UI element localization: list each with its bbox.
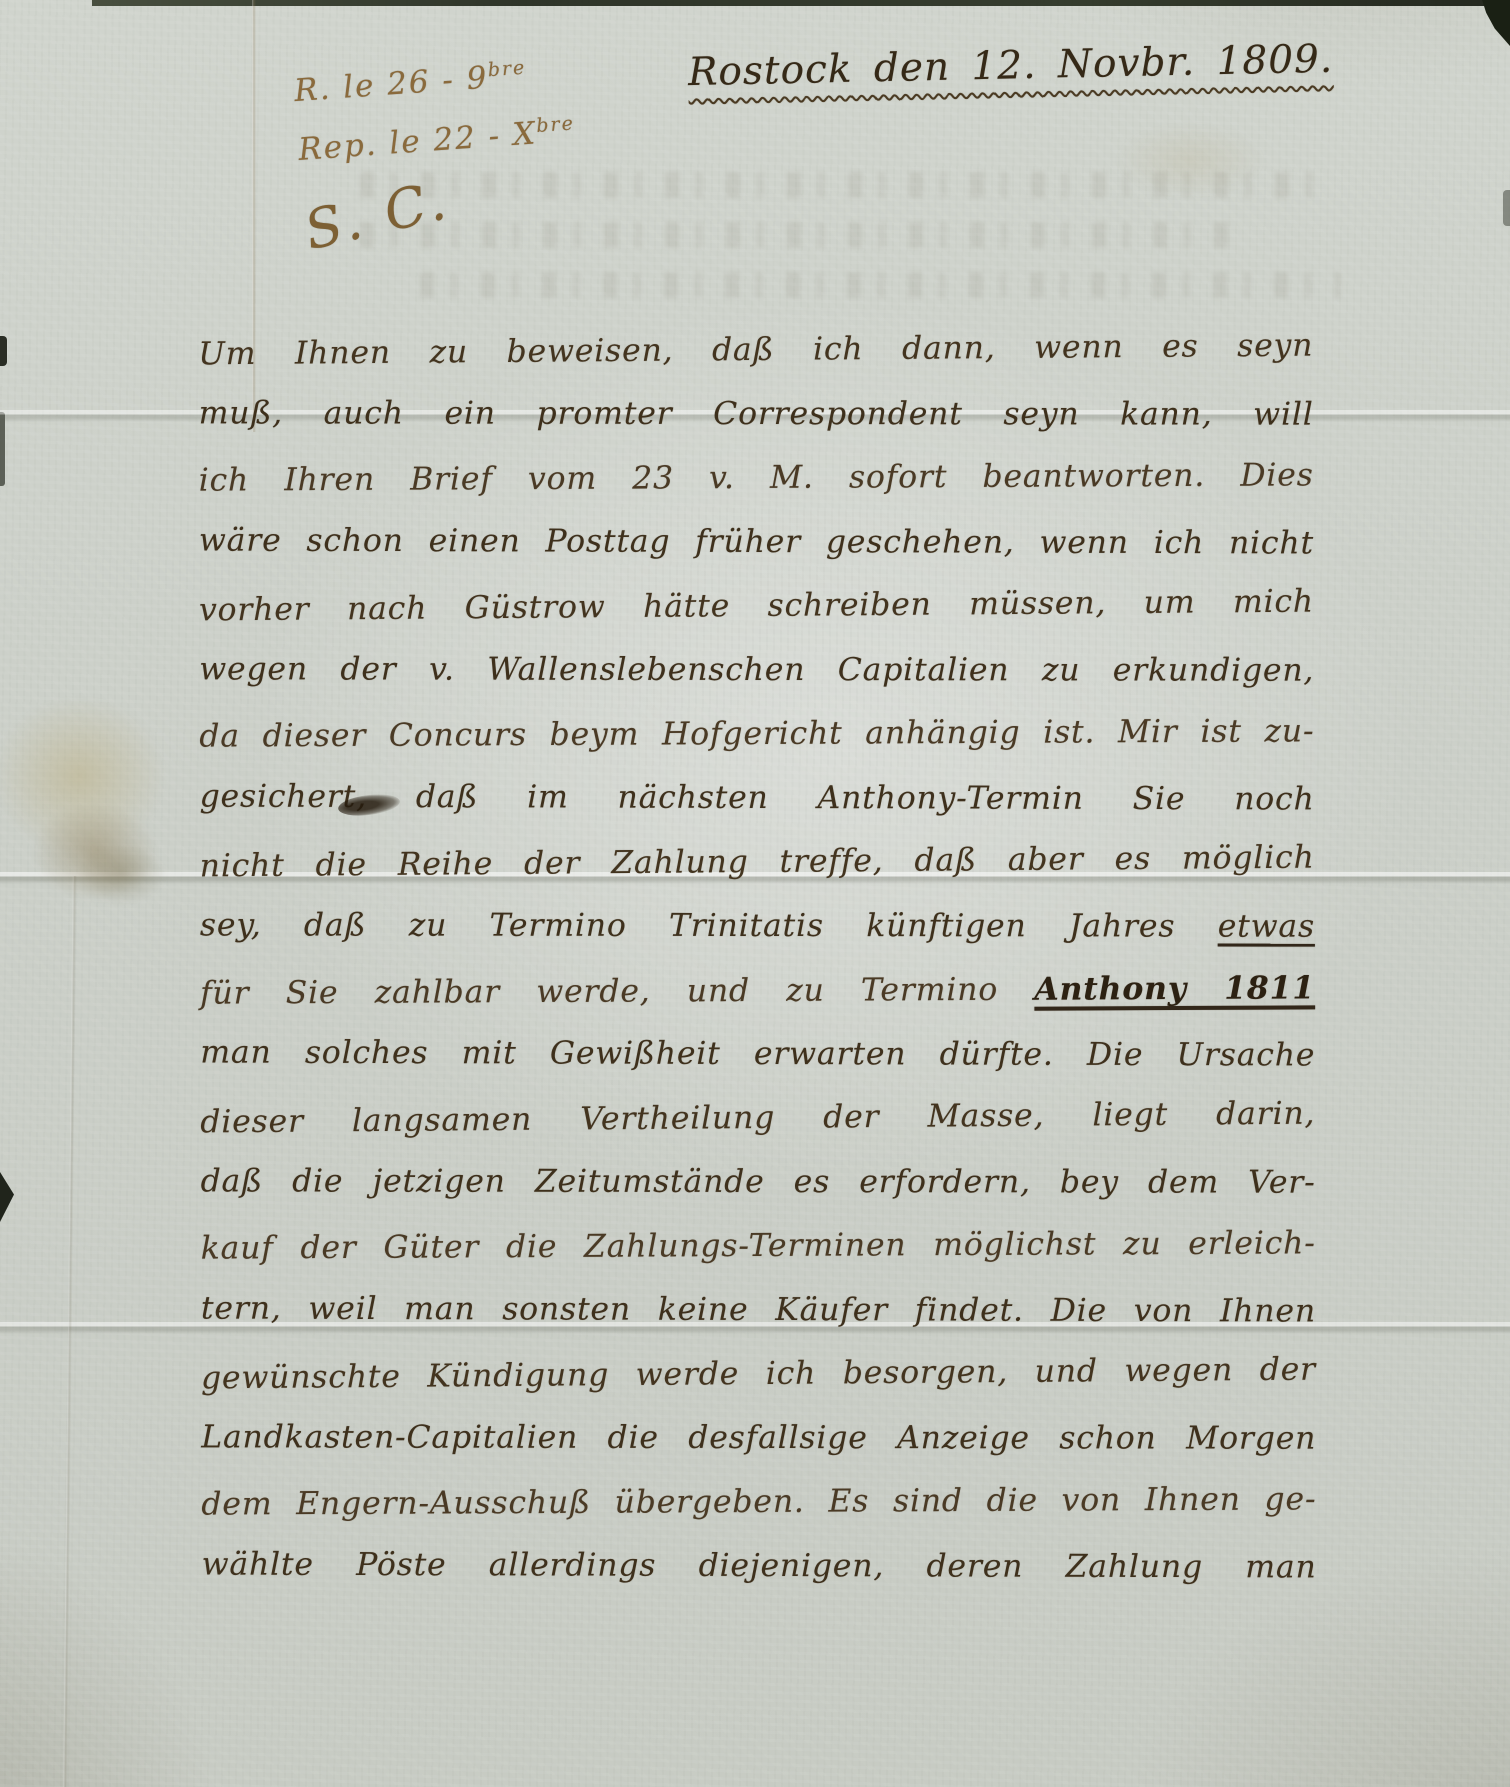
body-line-text: man solches mit Gewißheit erwarten dürft…: [200, 1035, 1315, 1074]
wax-seal-stain: [0, 650, 230, 930]
body-line-text: daß die jetzigen Zeitumstände es erforde…: [201, 1163, 1316, 1200]
body-line-text: wählte Pöste allerdings diejenigen, dere…: [202, 1547, 1317, 1586]
body-line-text: für Sie zahlbar werde, und zu Termino: [200, 972, 1034, 1012]
body-line: da dieser Concurs beym Hofgericht anhäng…: [199, 713, 1314, 782]
scan-edge-top-right-corner: [1476, 0, 1510, 46]
body-line: tern, weil man sonsten keine Käufer find…: [201, 1291, 1316, 1358]
body-line-text: gewünschte Kündigung werde ich besorgen,…: [201, 1352, 1316, 1397]
body-line-text: dieser langsamen Vertheilung der Masse, …: [200, 1096, 1315, 1141]
scan-edge-left-mark: [0, 412, 5, 486]
body-line-text: Landkasten-Capitalien die desfallsige An…: [201, 1419, 1316, 1456]
body-line-text: nicht die Reihe der Zahlung treffe, daß …: [200, 840, 1315, 885]
body-line: daß die jetzigen Zeitumstände es erforde…: [201, 1163, 1316, 1228]
filing-note-replied-superscript: bre: [536, 113, 576, 138]
body-line: gewünschte Kündigung werde ich besorgen,…: [201, 1352, 1316, 1425]
body-line-text: da dieser Concurs beym Hofgericht anhäng…: [199, 713, 1314, 754]
body-line-text: Um Ihnen zu beweisen, daß ich dann, wenn…: [198, 328, 1313, 373]
scan-edge-left-notch: [0, 1172, 14, 1222]
vertical-fold-crease: [63, 876, 77, 1787]
body-line: Landkasten-Capitalien die desfallsige An…: [201, 1419, 1316, 1484]
body-line-text: dem Engern-Ausschuß übergeben. Es sind d…: [201, 1481, 1316, 1522]
body-line: ich Ihren Brief vom 23 v. M. sofort bean…: [199, 457, 1314, 526]
filing-note-received-text: R. le 26 - 9: [293, 60, 490, 109]
filing-note-received-superscript: bre: [487, 57, 527, 82]
body-line-text: wegen der v. Wallenslebenschen Capitalie…: [199, 651, 1314, 688]
body-line-text: ich Ihren Brief vom 23 v. M. sofort bean…: [199, 457, 1314, 498]
body-line: vorher nach Güstrow hätte schreiben müss…: [199, 584, 1314, 657]
faded-stain: [1080, 100, 1300, 220]
body-line: dem Engern-Ausschuß übergeben. Es sind d…: [201, 1481, 1316, 1550]
body-line-text: sey, daß zu Termino Trinitatis künftigen…: [200, 907, 1218, 944]
body-line-underlined: etwas: [1218, 909, 1315, 945]
body-line-text: muß, auch ein promter Correspondent seyn…: [199, 395, 1314, 432]
body-line: wählte Pöste allerdings diejenigen, dere…: [202, 1547, 1317, 1614]
body-line-text: wäre schon einen Posttag früher geschehe…: [199, 523, 1314, 562]
body-line: Um Ihnen zu beweisen, daß ich dann, wenn…: [198, 328, 1313, 401]
body-line-text: kauf der Güter die Zahlungs-Terminen mög…: [201, 1225, 1316, 1266]
body-line: muß, auch ein promter Correspondent seyn…: [199, 395, 1314, 460]
scan-edge-right-mark: [1503, 190, 1510, 226]
body-line-underlined: Anthony 1811: [1034, 969, 1315, 1007]
scan-edge-left-mark: [0, 336, 7, 366]
dateline: Rostock den 12. Novbr. 1809.: [688, 38, 1279, 95]
body-line: wegen der v. Wallenslebenschen Capitalie…: [199, 651, 1314, 716]
filing-notes: R. le 26 - 9bre Rep. le 22 - Xbre S. C.: [292, 39, 582, 242]
ink-showthrough: [420, 272, 1340, 298]
body-line: wäre schon einen Posttag früher geschehe…: [199, 523, 1314, 590]
body-line: sey, daß zu Termino Trinitatis künftigen…: [200, 907, 1315, 972]
letter-scan-page: R. le 26 - 9bre Rep. le 22 - Xbre S. C. …: [0, 0, 1510, 1787]
body-line: kauf der Güter die Zahlungs-Terminen mög…: [201, 1225, 1316, 1294]
body-line: nicht die Reihe der Zahlung treffe, daß …: [200, 840, 1315, 913]
scan-edge-top: [92, 0, 1510, 6]
body-line: für Sie zahlbar werde, und zu Termino An…: [200, 969, 1315, 1038]
body-line: man solches mit Gewißheit erwarten dürft…: [200, 1035, 1315, 1102]
body-line-text: vorher nach Güstrow hätte schreiben müss…: [199, 584, 1314, 629]
body-line: dieser langsamen Vertheilung der Masse, …: [200, 1096, 1315, 1169]
letter-body: Um Ihnen zu beweisen, daß ich dann, wenn…: [198, 331, 1316, 1614]
body-line-text: tern, weil man sonsten keine Käufer find…: [201, 1291, 1316, 1330]
